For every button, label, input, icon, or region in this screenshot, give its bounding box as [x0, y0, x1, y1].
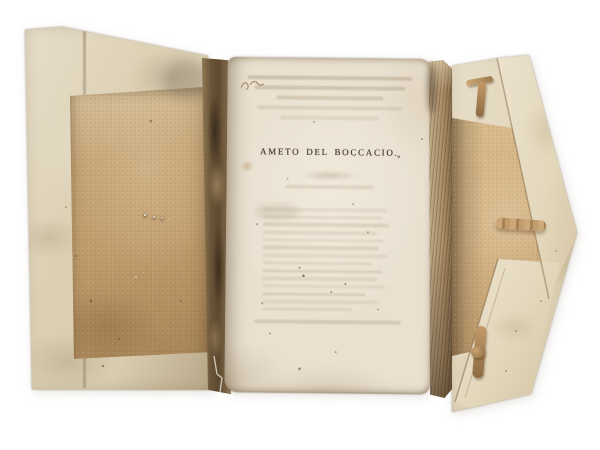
back-cover-flap [450, 54, 578, 414]
photo-antique-book: AMETO DEL BOCCACIO. [0, 0, 600, 450]
leather-tie-knot [471, 346, 485, 358]
flap-specks [450, 54, 452, 56]
